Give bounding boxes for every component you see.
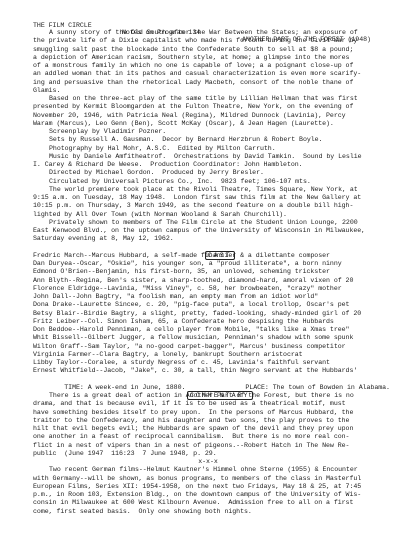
text-line: The world premiere took place at the Riv… [33, 186, 383, 194]
text-line: smuggling salt past the blockade into th… [33, 46, 383, 54]
text-line: one another in a feast of reciprocal can… [33, 433, 383, 441]
commentary-paragraph: There is a great deal of action in Anoth… [33, 392, 383, 458]
cast-entry: Dan Duryea--Oscar, "Oskie", his younger … [33, 260, 383, 268]
text-line: Circulated by Universal Pictures Co., In… [33, 178, 383, 186]
cast-list: Fredric March--Marcus Hubbard, a self-ma… [33, 252, 383, 384]
cast-entry: Don Beddoe--Harold Penniman, a cello pla… [33, 326, 383, 334]
text-line: Waram (Marcus), Leo Genn (Ben), Scott Mc… [33, 120, 383, 128]
synopsis-paragraph: A sunny story of the Old South after the… [33, 29, 383, 95]
text-line: 9:15 a.m. on Tuesday, 18 May 1948. Londo… [33, 194, 383, 202]
page-header: THE FILM CIRCLE Notes on Program 134 ANO… [33, 15, 383, 24]
text-line: Two recent German films--Helmut Kautner'… [33, 466, 383, 474]
text-line: lighted by All Over Town (with Norman Wo… [33, 211, 383, 219]
document-body: A sunny story of the Old South after the… [33, 29, 383, 516]
cast-entry: Dona Drake--Laurette Sincee, c. 20, "pig… [33, 301, 383, 309]
text-line: p.m., in Room 103, Extension Bldg., on t… [33, 491, 383, 499]
text-line: have something besides itself to prey up… [33, 409, 383, 417]
cast-entry: Wilton Graff--Sam Taylor, "a no-good car… [33, 343, 383, 351]
text-line: the private life of a Dixie capitalist w… [33, 37, 383, 45]
text-line: an addled woman that in its pathos and c… [33, 70, 383, 78]
text-line: Directed by Michael Gordon. Produced by … [33, 169, 383, 177]
time-place-row: TIME: A week-end in June, 1880.PLACE: Th… [33, 376, 383, 384]
text-line: Screenplay by Vladimir Pozner. [33, 128, 383, 136]
cast-entry: Fritz Leiber--Col. Simon Isham, 65, a Co… [33, 318, 383, 326]
text-line: come, first seated basis. Only one showi… [33, 508, 383, 516]
text-line: Sets by Russell A. Gausman. Decor by Ber… [33, 136, 383, 144]
text-line: Privately shown to members of The Film C… [33, 219, 383, 227]
text-line: There is a great deal of action in Anoth… [33, 392, 383, 400]
text-line: Photography by Hal Mohr, A.S.C. Edited b… [33, 145, 383, 153]
cast-entry: Ann Blyth--Regina, Ben's sister, a sharp… [33, 277, 383, 285]
text-line: Based on the three-act play of the same … [33, 95, 383, 103]
text-line: East Kenwood Blvd., on the uptown campus… [33, 227, 383, 235]
text-line: Glamis. [33, 87, 383, 95]
text-line: consin in Milwaukee at 600 West Kilbourn… [33, 499, 383, 507]
cast-entry: John Dall--John Bagtry, "a foolish man, … [33, 293, 383, 301]
cast-entry: Edmond O'Brien--Benjamin, his first-born… [33, 268, 383, 276]
cast-entry: Whit Bissell--Gilbert Jugger, a fellow m… [33, 334, 383, 342]
text-line: European Films, Series XII: 1954-1958, o… [33, 483, 383, 491]
text-line: of a monstrous family in which no one is… [33, 62, 383, 70]
cast-entry: Virginia Farmer--Clara Bagtry, a lonely,… [33, 351, 383, 359]
text-line: ing and persuasive than the rhetorical L… [33, 79, 383, 87]
text-line: November 20, 1946, with Patricia Neal (R… [33, 112, 383, 120]
org-name: THE FILM CIRCLE [33, 22, 92, 29]
text-line: hilt that evil begets evil; the Hubbards… [33, 425, 383, 433]
text-line: traitor to the Confederacy, and his daug… [33, 417, 383, 425]
text-line: I. Carey & Richard De Weese. Production … [33, 161, 383, 169]
text-line: drama, and that is because evil, if it i… [33, 400, 383, 408]
cast-entry: Fredric March--Marcus Hubbard, a self-ma… [33, 252, 383, 260]
text-line: presented by Kermit Bloomgarden at the F… [33, 103, 383, 111]
document-page: THE FILM CIRCLE Notes on Program 134 ANO… [0, 0, 415, 550]
cast-entry: Ernest Whitfield--Jacob, "Jake", c. 30, … [33, 367, 383, 375]
cast-entry: Florence Eldridge--Lavinia, "Miss Viney"… [33, 285, 383, 293]
credits-section: Based on the three-act play of the same … [33, 95, 383, 244]
text-line: Saturday evening at 8, May 12, 1962. [33, 235, 383, 243]
text-line: A sunny story of the Old South after the… [33, 29, 383, 37]
text-line: 10:15 p.m. on Thursday, 3 March 1949, as… [33, 202, 383, 210]
time-note: TIME: A week-end in June, 1880. [64, 384, 185, 391]
text-line: a depiction of American racism, Southern… [33, 54, 383, 62]
text-line: Music by Daniele Amfitheatrof. Orchestra… [33, 153, 383, 161]
cast-heading-row: CAST [33, 244, 383, 252]
cast-entry: Betsy Blair--Birdie Bagtry, a slight, pr… [33, 310, 383, 318]
place-note: PLACE: The town of Bowden in Alabama. [245, 384, 390, 391]
separator: x-x-x [33, 458, 383, 466]
cast-entry: Libby Taylor--Coralee, a sturdy Negress … [33, 359, 383, 367]
announcement-paragraph: Two recent German films--Helmut Kautner'… [33, 466, 383, 516]
text-line: with Germany--will be shown, as bonus pr… [33, 475, 383, 483]
text-line: flict in a nest of vipers than in a nest… [33, 442, 383, 450]
text-line: public (June 1947 116:23 7 June 1948, p.… [33, 450, 383, 458]
